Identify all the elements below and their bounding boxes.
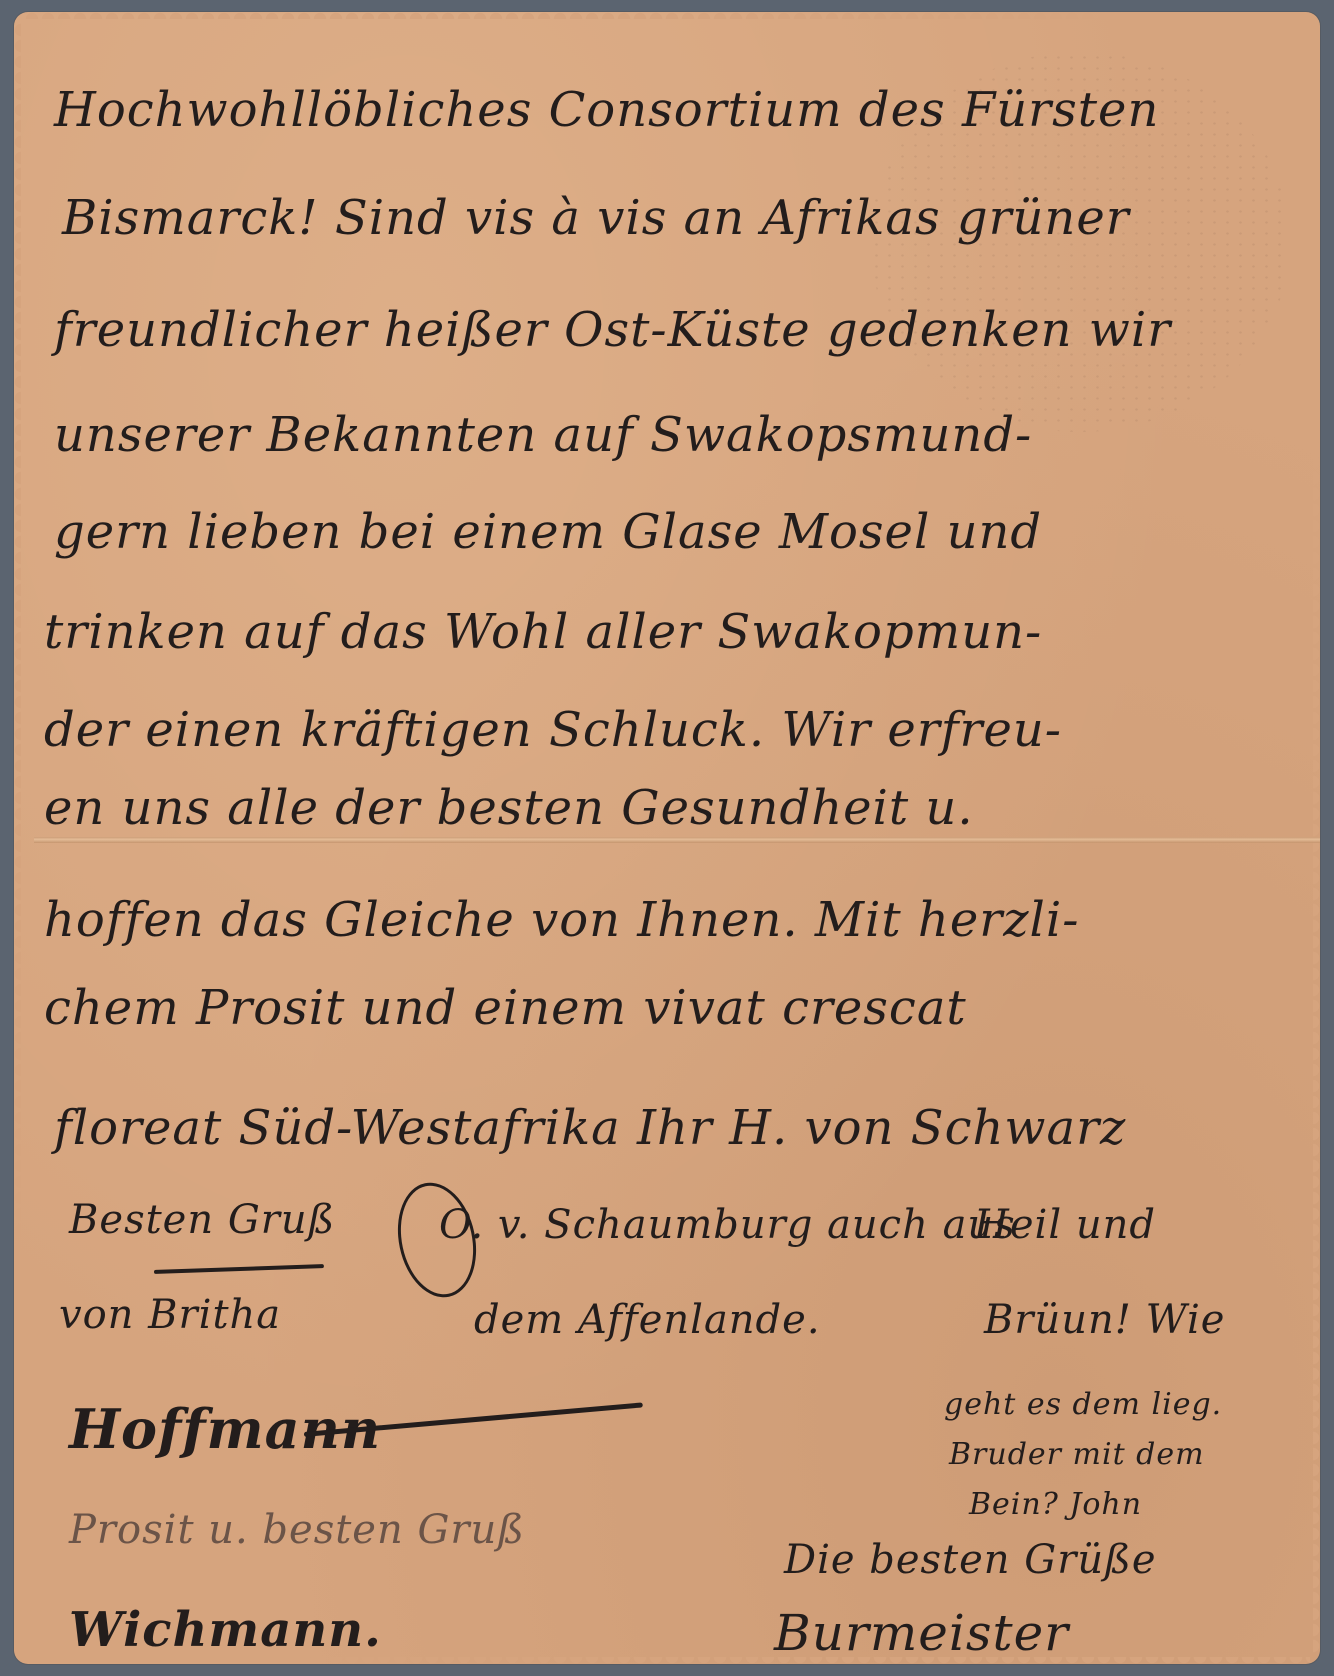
signature-note-line-2: Bruder mit dem (949, 1437, 1205, 1472)
letter-line-5: gern lieben bei einem Glase Mosel und (54, 504, 1042, 560)
signature-lower-left-line-1: Prosit u. besten Gruß (69, 1507, 525, 1553)
signature-middle-line-1: O. v. Schaumburg auch aus (439, 1202, 1016, 1248)
signature-left-line-1: Besten Gruß (69, 1197, 335, 1243)
signature-left-line-2: von Britha (59, 1292, 281, 1338)
signature-lower-left-line-2: Wichmann. (69, 1602, 382, 1658)
letter-line-3: freundlicher heißer Ost-Küste gedenken w… (54, 302, 1171, 358)
signature-middle-line-2: dem Affenlande. (474, 1297, 821, 1343)
signature-flourish (154, 1264, 324, 1274)
letter-line-9: hoffen das Gleiche von Ihnen. Mit herzli… (44, 892, 1079, 948)
perforated-edge-left (7, 22, 21, 1654)
signature-right-top-line-2: Brüun! Wie (984, 1297, 1225, 1343)
letter-line-7: der einen kräftigen Schluck. Wir erfreu- (44, 702, 1062, 758)
letter-line-10: chem Prosit und einem vivat crescat (44, 980, 967, 1036)
perforated-edge-top (24, 5, 1310, 19)
letter-line-6: trinken auf das Wohl aller Swakopmun- (44, 604, 1042, 660)
fold-line (34, 837, 1320, 843)
signature-lower-right-line-2: Burmeister (774, 1604, 1069, 1662)
signature-note-line-3: Bein? John (969, 1487, 1142, 1522)
letter-line-2: Bismarck! Sind vis à vis an Afrikas grün… (62, 190, 1130, 246)
postcard: Hochwohllöbliches Consortium des Fürsten… (14, 12, 1320, 1664)
letter-line-1: Hochwohllöbliches Consortium des Fürsten (54, 82, 1159, 138)
letter-line-4: unserer Bekannten auf Swakopsmund- (54, 407, 1032, 463)
signature-note-line-1: geht es dem lieg. (944, 1387, 1222, 1422)
perforated-edge-bottom (24, 1657, 1310, 1671)
letter-line-11: floreat Süd-Westafrika Ihr H. von Schwar… (54, 1100, 1126, 1156)
signature-right-top-line-1: Heil und (974, 1202, 1156, 1248)
signature-lower-right-line-1: Die besten Grüße (784, 1537, 1157, 1583)
letter-line-8: en uns alle der besten Gesundheit u. (44, 780, 974, 836)
